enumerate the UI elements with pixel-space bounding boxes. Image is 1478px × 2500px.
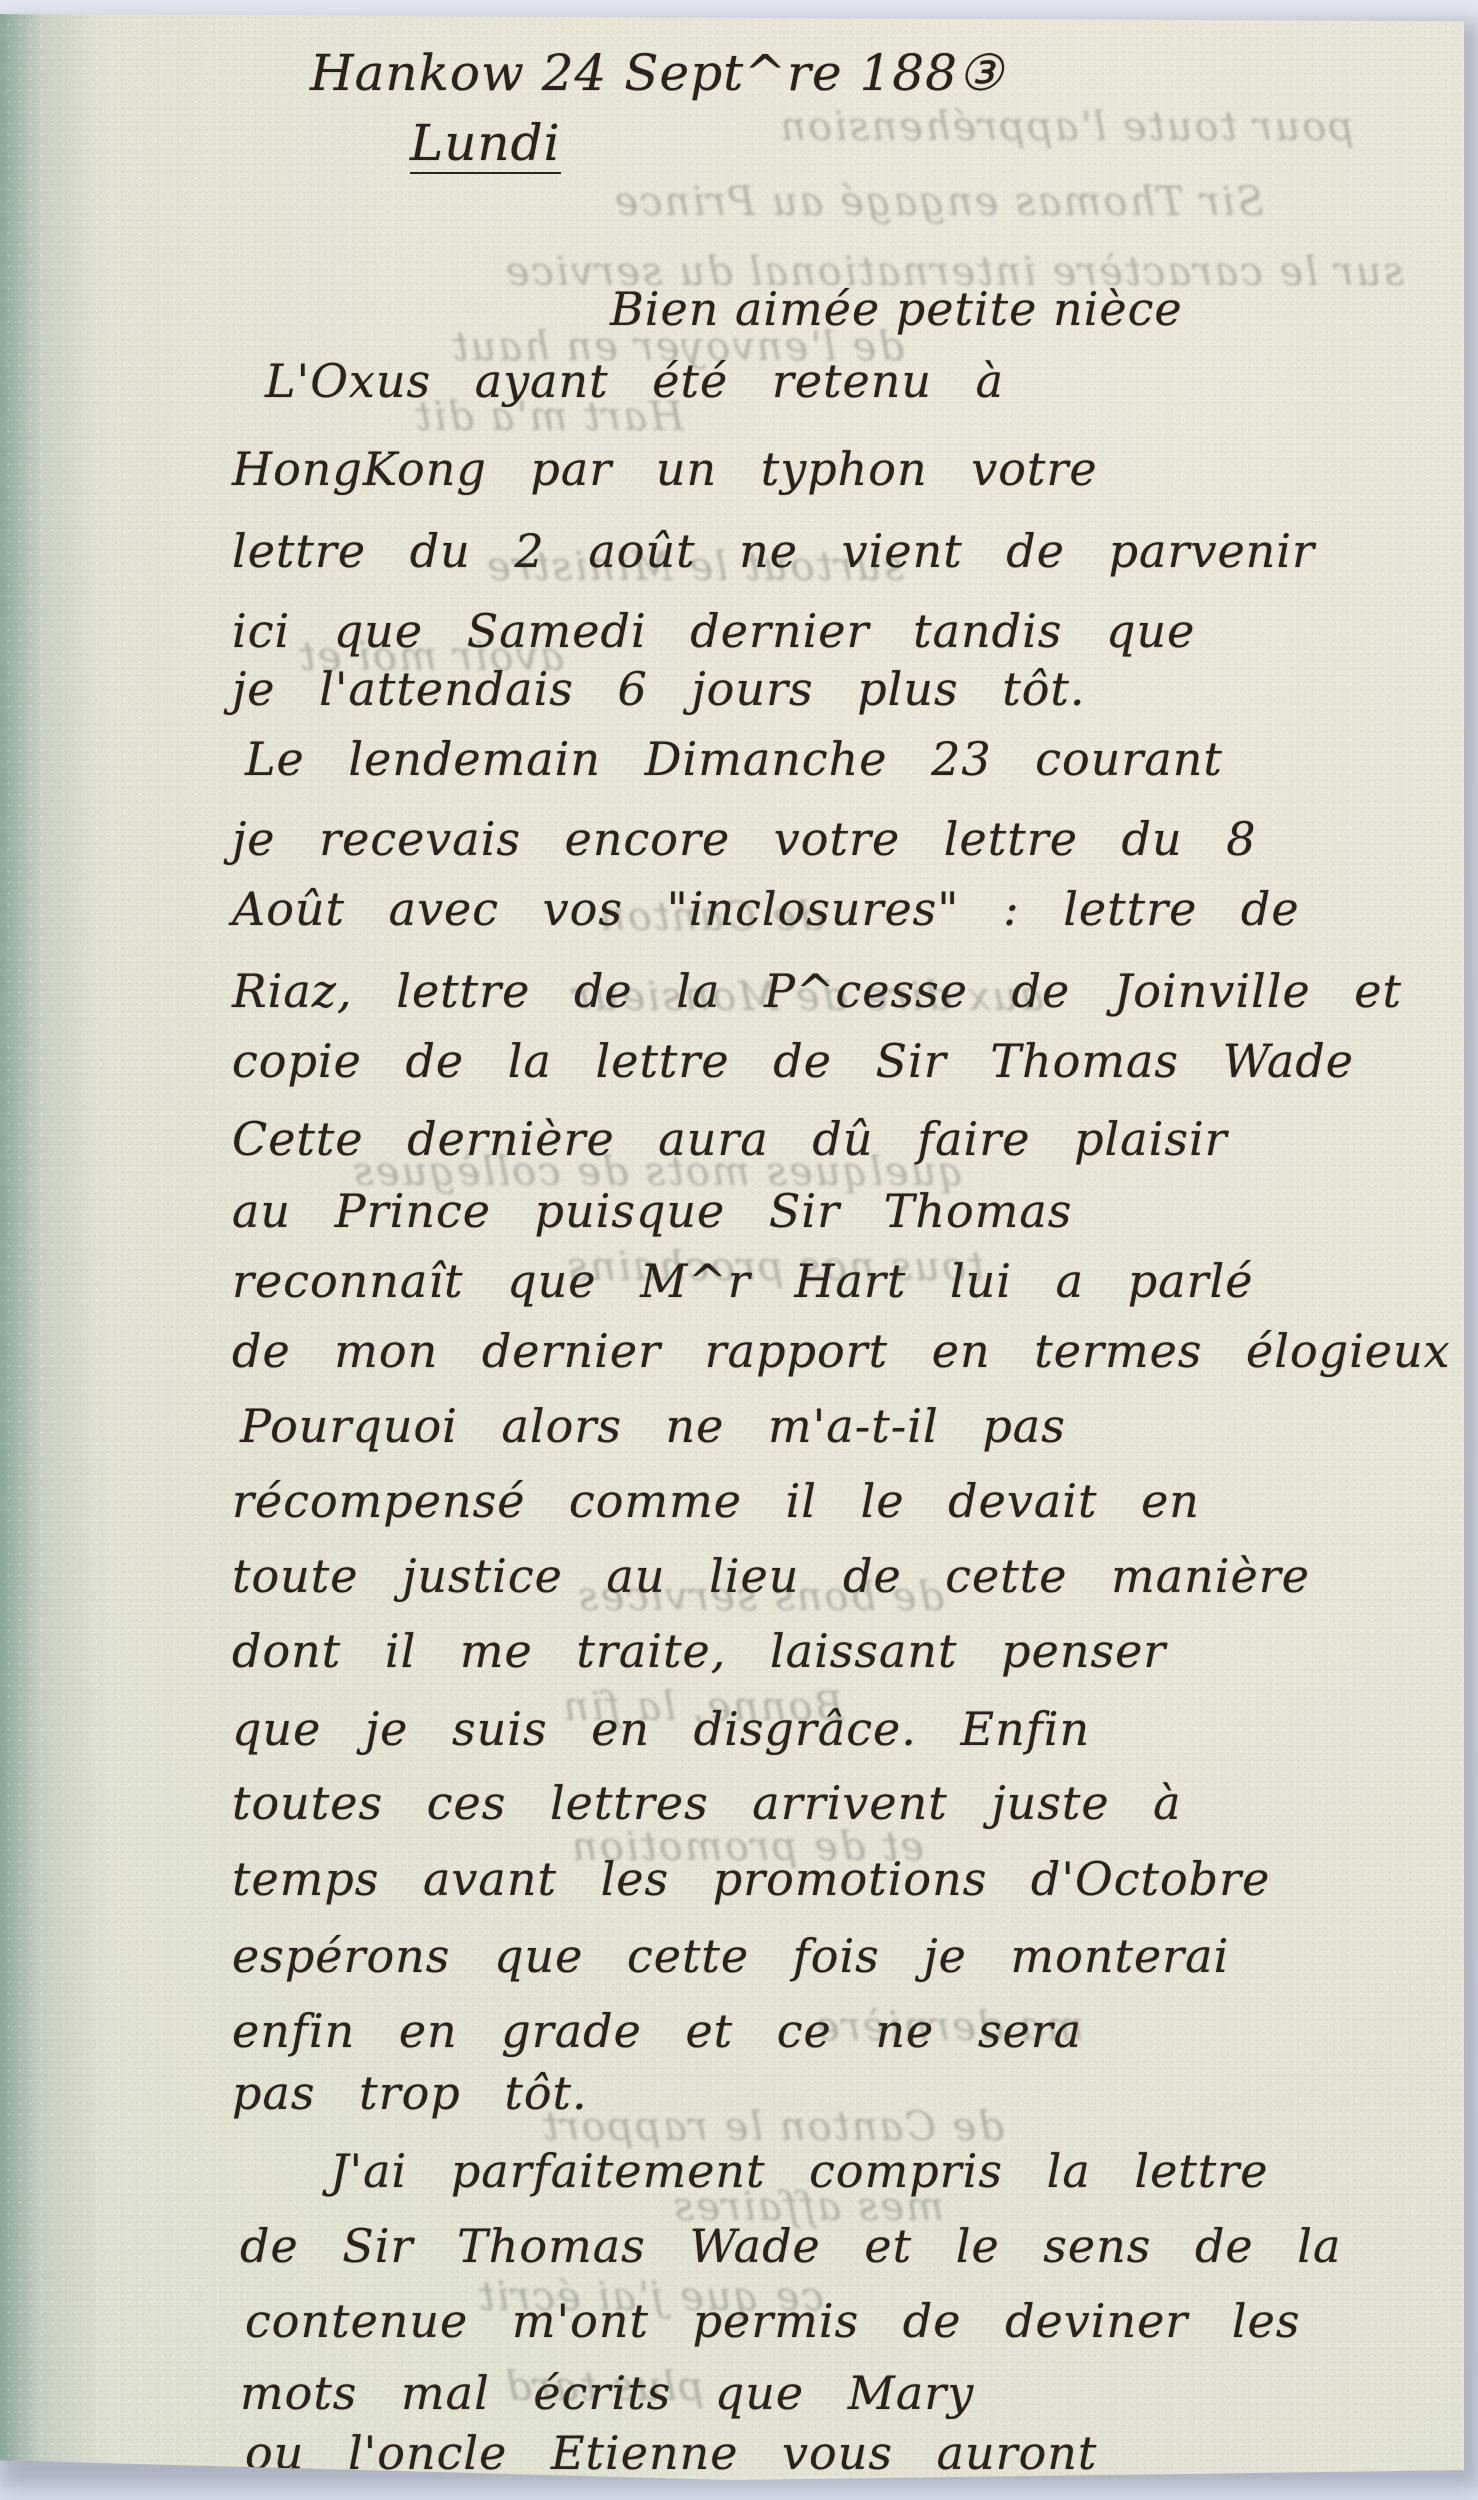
letter-line: copie de la lettre de Sir Thomas Wade (232, 1034, 1354, 1088)
letter-line: espérons que cette fois je monterai (232, 1929, 1229, 1983)
letter-line: temps avant les promotions d'Octobre (232, 1852, 1270, 1906)
letter-line: contenue m'ont permis de deviner les (245, 2294, 1300, 2348)
letter-line: de Sir Thomas Wade et le sens de la (240, 2219, 1341, 2273)
letter-line: Pourquoi alors ne m'a-t-il pas (240, 1399, 1066, 1453)
letter-line: Cette dernière aura dû faire plaisir (232, 1112, 1228, 1166)
letter-line: L'Oxus ayant été retenu à (265, 354, 1004, 408)
letter-line: toute justice au lieu de cette manière (232, 1549, 1310, 1603)
letter-line: dont il me traite, laissant penser (232, 1624, 1166, 1678)
letter-line: pas trop tôt. (232, 2066, 588, 2120)
letter-line: Août avec vos "inclosures" : lettre de (232, 882, 1300, 936)
letter-line: Riaz, lettre de la P^cesse de Joinville … (232, 964, 1402, 1018)
letter-line: J'ai parfaitement compris la lettre (330, 2144, 1268, 2198)
letter-line: toutes ces lettres arrivent juste à (232, 1776, 1182, 1830)
letter-body: Hankow 24 Sept^re 188③ Lundi Bien aimée … (0, 14, 1464, 2480)
salutation: Bien aimée petite nièce (610, 282, 1183, 336)
day-heading: Lundi (410, 114, 561, 174)
letter-line: ici que Samedi dernier tandis que (232, 604, 1195, 658)
letter-line: récompensé comme il le devait en (232, 1474, 1200, 1528)
letter-line: mots mal écrits que Mary (240, 2366, 974, 2420)
place-date-heading: Hankow 24 Sept^re 188③ (310, 44, 1004, 102)
letter-line: de mon dernier rapport en termes élogieu… (232, 1324, 1451, 1378)
letter-line: que je suis en disgrâce. Enfin (232, 1702, 1090, 1756)
letter-line: Le lendemain Dimanche 23 courant (245, 732, 1223, 786)
letter-line: enfin en grade et ce ne sera (232, 2004, 1082, 2058)
letter-line: HongKong par un typhon votre (232, 442, 1098, 496)
letter-line: au Prince puisque Sir Thomas (232, 1184, 1072, 1238)
letter-page: pour toute l'appréhension Sir Thomas eng… (0, 14, 1464, 2480)
letter-line: je recevais encore votre lettre du 8 (232, 812, 1257, 866)
letter-line: je l'attendais 6 jours plus tôt. (232, 662, 1086, 716)
letter-line: lettre du 2 août ne vient de parvenir (232, 524, 1315, 578)
letter-line: reconnaît que M^r Hart lui a parlé (232, 1254, 1254, 1308)
